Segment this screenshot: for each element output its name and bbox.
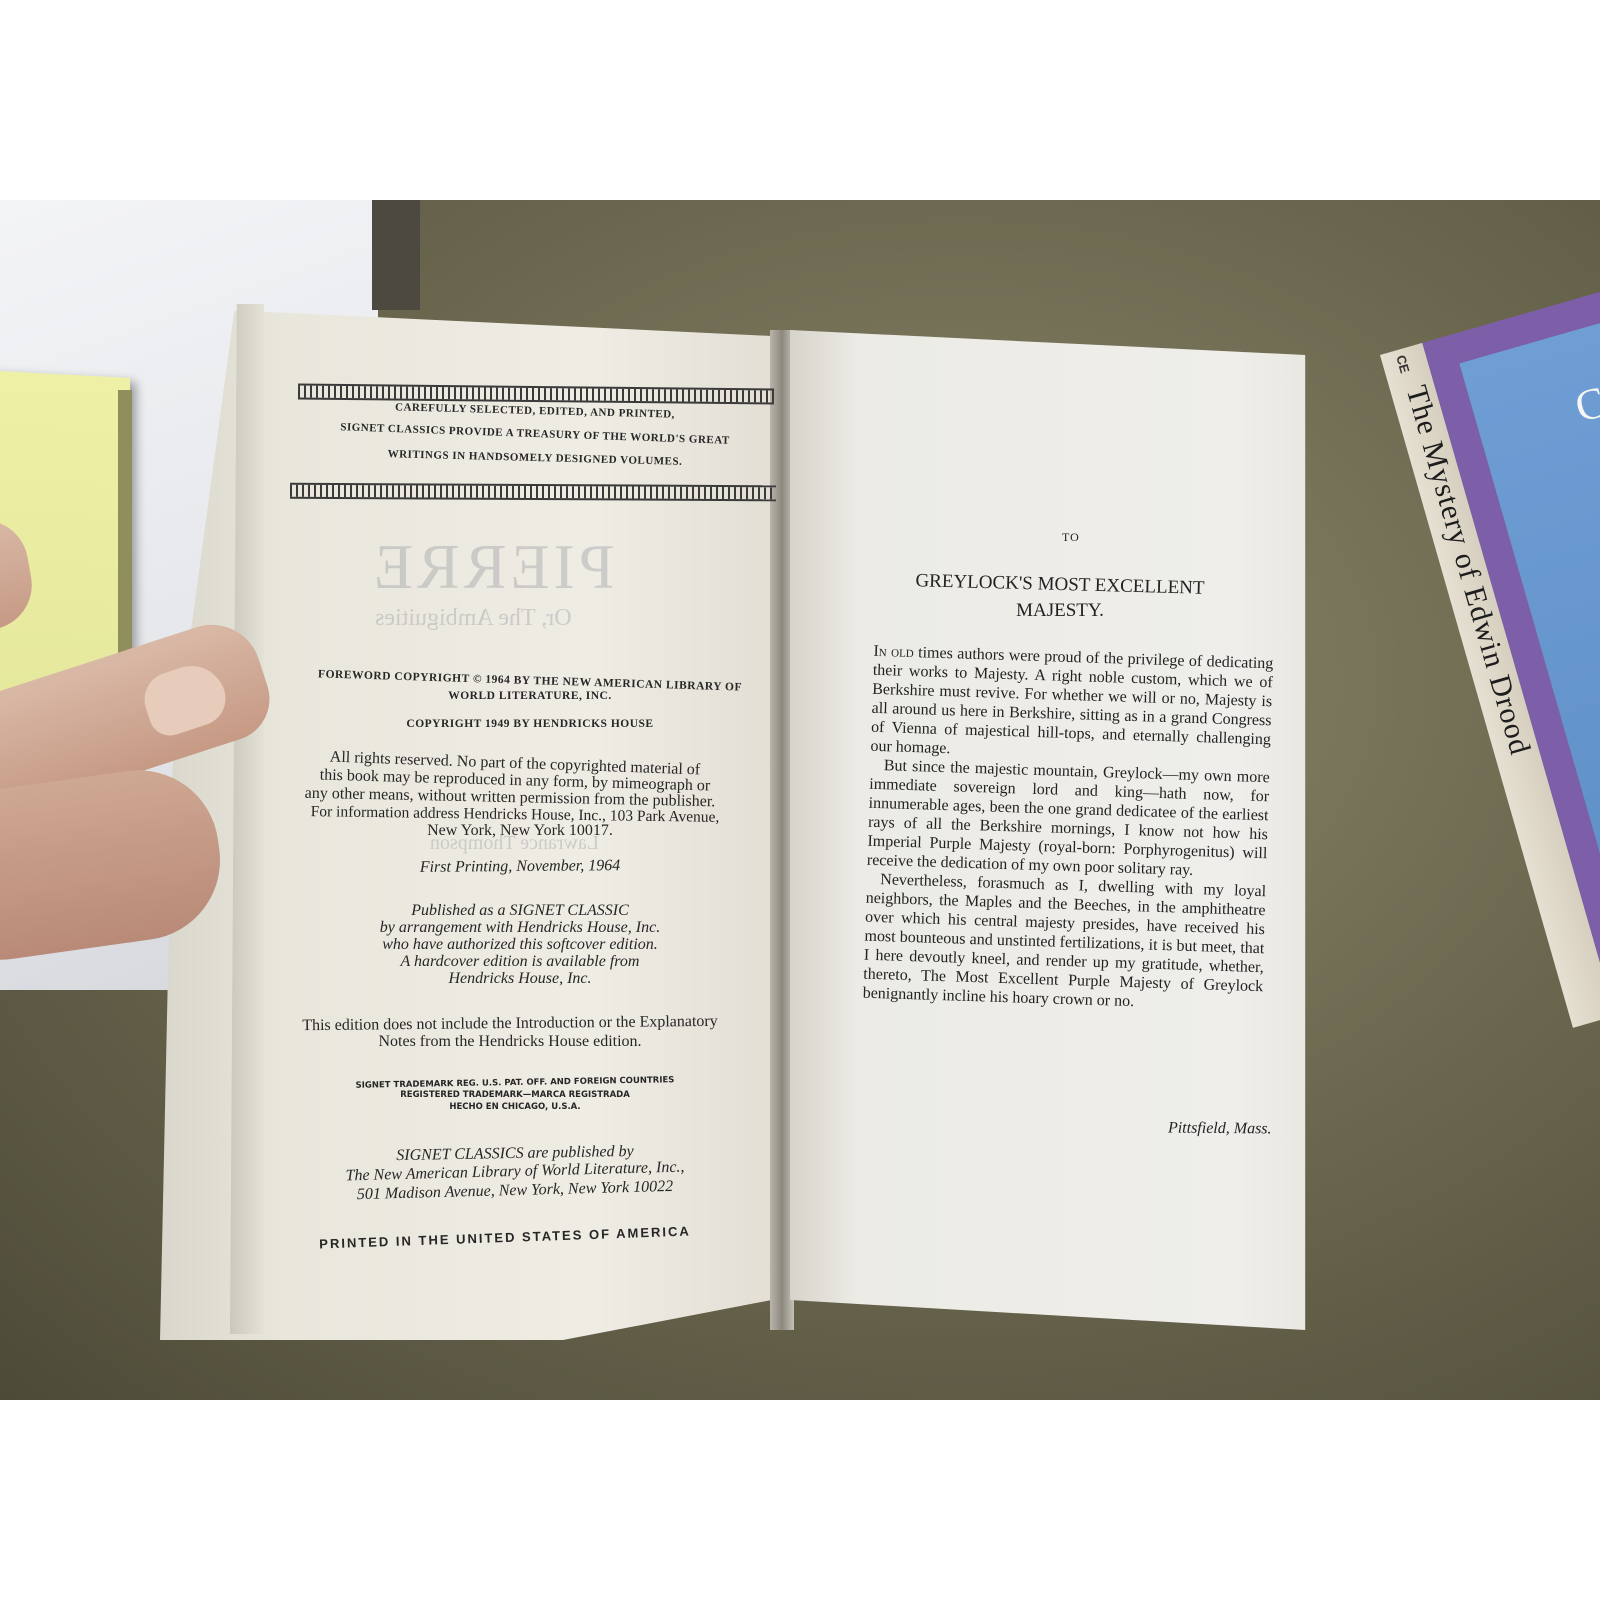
published-line-3: who have authorized this softcover editi…	[280, 936, 760, 953]
dedication-text: In old times authors were proud of the p…	[862, 642, 1273, 1015]
published-line-2: by arrangement with Hendricks House, Inc…	[280, 919, 760, 936]
show-through-subtitle: Or, The Ambiguities	[375, 605, 572, 632]
paragraph-3: Nevertheless, forasmuch as I, dwelling w…	[862, 870, 1266, 1015]
trademark-line-2: REGISTERED TRADEMARK—MARCA REGISTRADA	[280, 1090, 750, 1101]
edition-note-line-2: Notes from the Hendricks House edition.	[240, 1033, 780, 1050]
whiteboard-edge	[372, 200, 420, 310]
paragraph-1: In old times authors were proud of the p…	[870, 642, 1273, 769]
trademark-line-3: HECHO EN CHICAGO, U.S.A.	[280, 1102, 750, 1113]
show-through-title: PIERRE	[370, 530, 614, 604]
palm	[0, 760, 230, 970]
published-line-4: A hardcover edition is available from	[280, 953, 760, 970]
published-line-1: Published as a SIGNET CLASSIC	[280, 902, 760, 919]
dedication-title-line-2: MAJESTY.	[890, 598, 1230, 624]
paragraph-1-body: times authors were proud of the privileg…	[870, 644, 1273, 757]
finger-top	[0, 513, 39, 637]
rights-line-5: New York, New York 10017.	[270, 822, 770, 839]
hand	[0, 520, 260, 960]
published-line-5: Hendricks House, Inc.	[280, 970, 760, 987]
signature: Pittsfield, Mass.	[1168, 1120, 1272, 1139]
paragraph-2: But since the majestic mountain, Greyloc…	[867, 756, 1270, 883]
foreword-copyright-line-2: WORLD LITERATURE, INC.	[290, 690, 770, 702]
greek-key-border-bottom	[290, 483, 776, 502]
copyright-1949: COPYRIGHT 1949 BY HENDRICKS HOUSE	[290, 718, 770, 730]
dedication-to: TO	[1062, 530, 1080, 545]
other-book-spine-code: CE	[1393, 353, 1412, 374]
paragraph-1-lead: In old	[873, 643, 914, 661]
other-book-cover-text: Ch	[1569, 370, 1600, 433]
photo: CE The Mystery of Edwin Drood Ch CAREFUL…	[0, 200, 1600, 1400]
other-book: CE The Mystery of Edwin Drood Ch	[1380, 272, 1600, 1028]
